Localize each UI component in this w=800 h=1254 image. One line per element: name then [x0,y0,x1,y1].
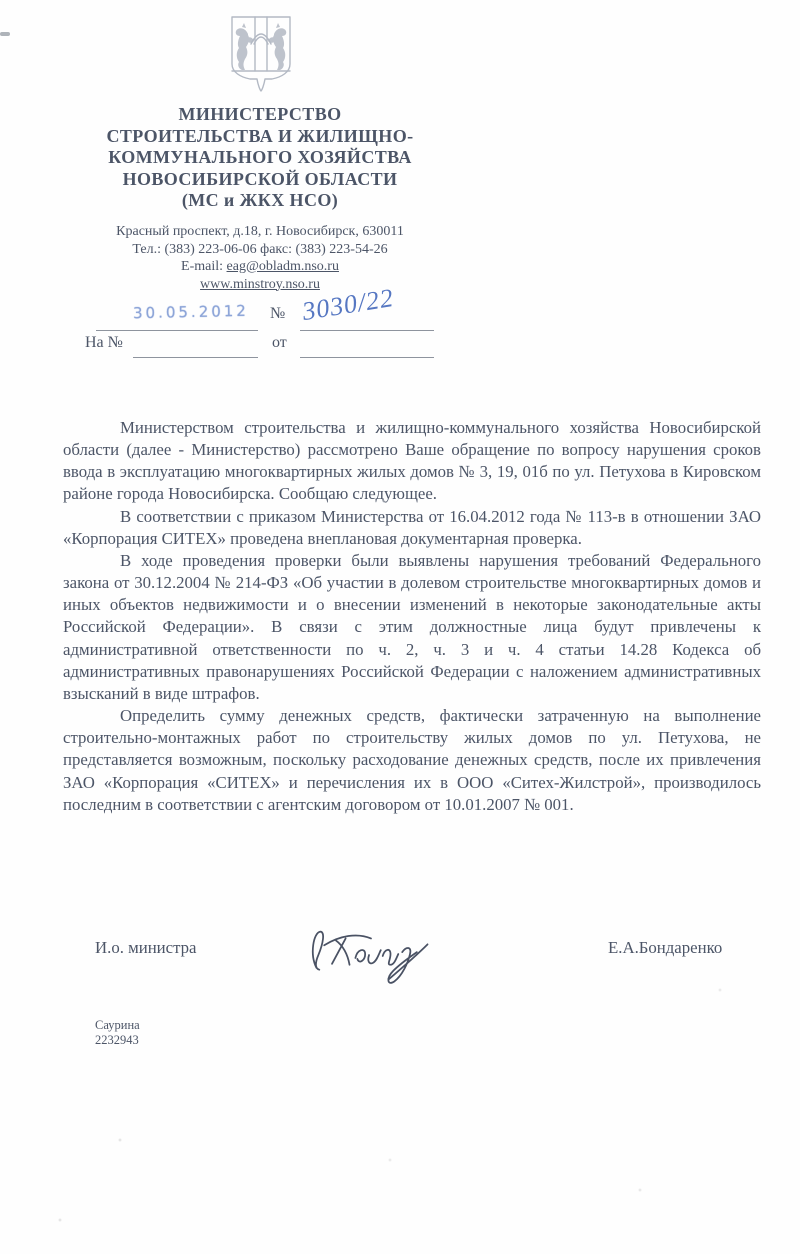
paragraph: Министерством строительства и жилищно-ко… [63,417,761,506]
email-label: E-mail: [181,259,227,274]
ministry-title: МИНИСТЕРСТВО СТРОИТЕЛЬСТВА И ЖИЛИЩНО- КО… [40,104,480,212]
executor-phone: 2232943 [95,1033,140,1048]
incoming-number-label: На № [85,334,123,352]
scan-artifact [0,32,10,36]
paragraph: Определить сумму денежных средств, факти… [63,705,761,816]
email-address: eag@obladm.nso.ru [227,259,339,274]
from-date-field-line [300,357,434,358]
signer-position: И.о. министра [95,938,196,958]
email-line: E-mail: eag@obladm.nso.ru [40,258,480,276]
scanned-letter-page: МИНИСТЕРСТВО СТРОИТЕЛЬСТВА И ЖИЛИЩНО- КО… [0,0,800,1254]
executor-name: Саурина [95,1018,140,1033]
website-link: www.minstroy.nso.ru [40,276,480,294]
ministry-title-line: МИНИСТЕРСТВО [40,104,480,126]
date-stamp: 30.05.2012 [133,302,249,322]
number-field-line [300,330,434,331]
handwritten-signature [293,918,449,996]
letter-body: Министерством строительства и жилищно-ко… [63,417,761,816]
coat-of-arms-icon [227,14,295,100]
signer-name: Е.А.Бондаренко [608,938,722,958]
paragraph: В соответствии с приказом Министерства о… [63,506,761,550]
ministry-title-line: (МС и ЖКХ НСО) [40,190,480,212]
number-label: № [270,305,285,323]
ministry-title-line: СТРОИТЕЛЬСТВА И ЖИЛИЩНО- [40,126,480,148]
incoming-number-field-line [133,357,258,358]
executor-block: Саурина 2232943 [95,1018,140,1048]
phone-fax-line: Тел.: (383) 223-06-06 факс: (383) 223-54… [40,241,480,259]
address-line: Красный проспект, д.18, г. Новосибирск, … [40,223,480,241]
ministry-title-line: КОММУНАЛЬНОГО ХОЗЯЙСТВА [40,147,480,169]
contact-block: Красный проспект, д.18, г. Новосибирск, … [40,223,480,293]
date-field-line [96,330,258,331]
from-date-label: от [272,334,287,352]
ministry-title-line: НОВОСИБИРСКОЙ ОБЛАСТИ [40,169,480,191]
paragraph: В ходе проведения проверки были выявлены… [63,550,761,705]
